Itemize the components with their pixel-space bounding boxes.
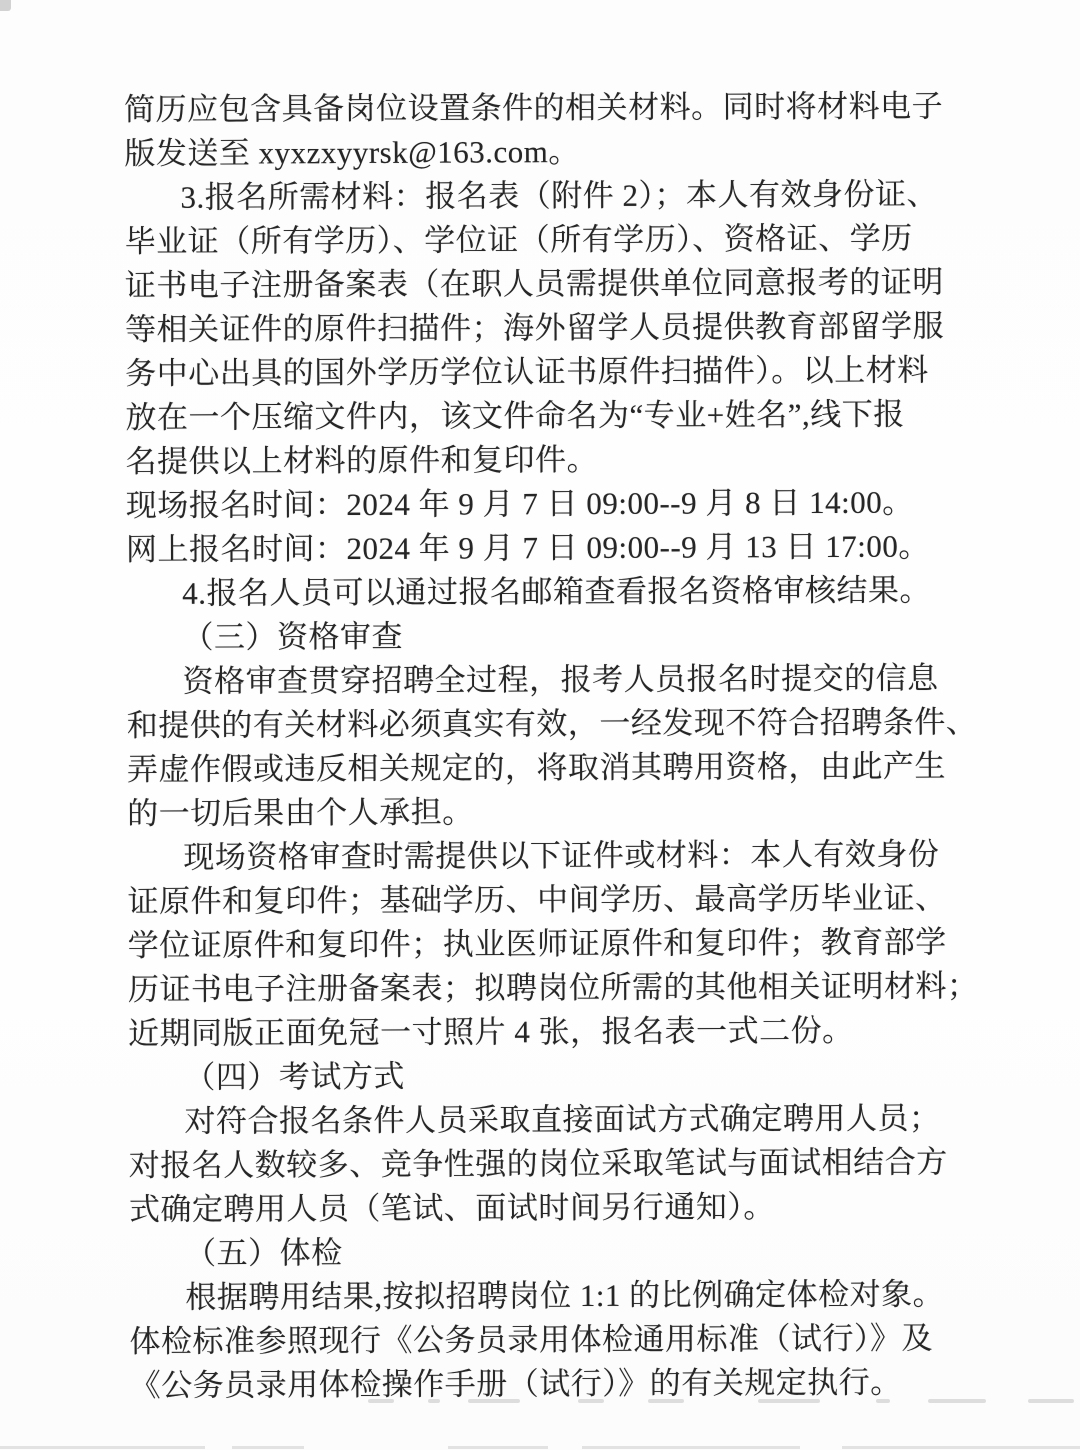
document-line: 现场资格审查时需提供以下证件或材料：本人有效身份 [127,832,949,880]
document-line: 3.报名所需材料：报名表（附件 2）；本人有效身份证、 [124,172,946,220]
document-line: 对符合报名条件人员采取直接面试方式确定聘用人员； [128,1096,950,1144]
document-line: 历证书电子注册备案表；拟聘岗位所需的其他相关证明材料； [128,964,950,1012]
document-line: 根据聘用结果,按拟招聘岗位 1:1 的比例确定体检对象。 [129,1272,951,1320]
document-line: （三）资格审查 [126,612,948,660]
document-line: 等相关证件的原件扫描件；海外留学人员提供教育部留学服 [125,304,947,352]
document-line: 体检标准参照现行《公务员录用体检通用标准（试行）》及 [129,1316,951,1364]
document-line: 4.报名人员可以通过报名邮箱查看报名资格审核结果。 [126,568,948,616]
document-line: 版发送至 xyxzxyyrsk@163.com。 [124,128,946,176]
document-line: 现场报名时间：2024 年 9 月 7 日 09:00--9 月 8 日 14:… [126,480,948,528]
document-line: 学位证原件和复印件；执业医师证原件和复印件；教育部学 [128,920,950,968]
scanned-document-page: 简历应包含具备岗位设置条件的相关材料。同时将材料电子版发送至 xyxzxyyrs… [0,0,1080,1450]
document-line: 证书电子注册备案表（在职人员需提供单位同意报考的证明 [125,260,947,308]
document-line: 网上报名时间：2024 年 9 月 7 日 09:00--9 月 13 日 17… [126,524,948,572]
document-line: （五）体检 [129,1228,951,1276]
document-line: 近期同版正面免冠一寸照片 4 张，报名表一式二份。 [128,1008,950,1056]
document-line: 弄虚作假或违反相关规定的，将取消其聘用资格，由此产生 [127,744,949,792]
document-line: 简历应包含具备岗位设置条件的相关材料。同时将材料电子 [124,84,946,132]
document-line: 对报名人数较多、竞争性强的岗位采取笔试与面试相结合方 [129,1140,951,1188]
document-line: 的一切后果由个人承担。 [127,788,949,836]
document-line: 资格审查贯穿招聘全过程，报考人员报名时提交的信息 [126,656,948,704]
document-line: （四）考试方式 [128,1052,950,1100]
document-line: 证原件和复印件；基础学历、中间学历、最高学历毕业证、 [127,876,949,924]
document-line: 放在一个压缩文件内，该文件命名为“专业+姓名”,线下报 [125,392,947,440]
document-text-column: 简历应包含具备岗位设置条件的相关材料。同时将材料电子版发送至 xyxzxyyrs… [124,84,952,1408]
document-line: 名提供以上材料的原件和复印件。 [126,436,948,484]
scan-corner-artifact [0,0,11,11]
document-line: 务中心出具的国外学历学位认证书原件扫描件）。以上材料 [125,348,947,396]
document-line: 和提供的有关材料必须真实有效，一经发现不符合招聘条件、 [127,700,949,748]
scan-bleedthrough-artifact [0,1399,1080,1404]
document-line: 毕业证（所有学历）、学位证（所有学历）、资格证、学历 [125,216,947,264]
scan-bottom-edge-artifact [0,1445,1080,1450]
document-line: 式确定聘用人员（笔试、面试时间另行通知）。 [129,1184,951,1232]
